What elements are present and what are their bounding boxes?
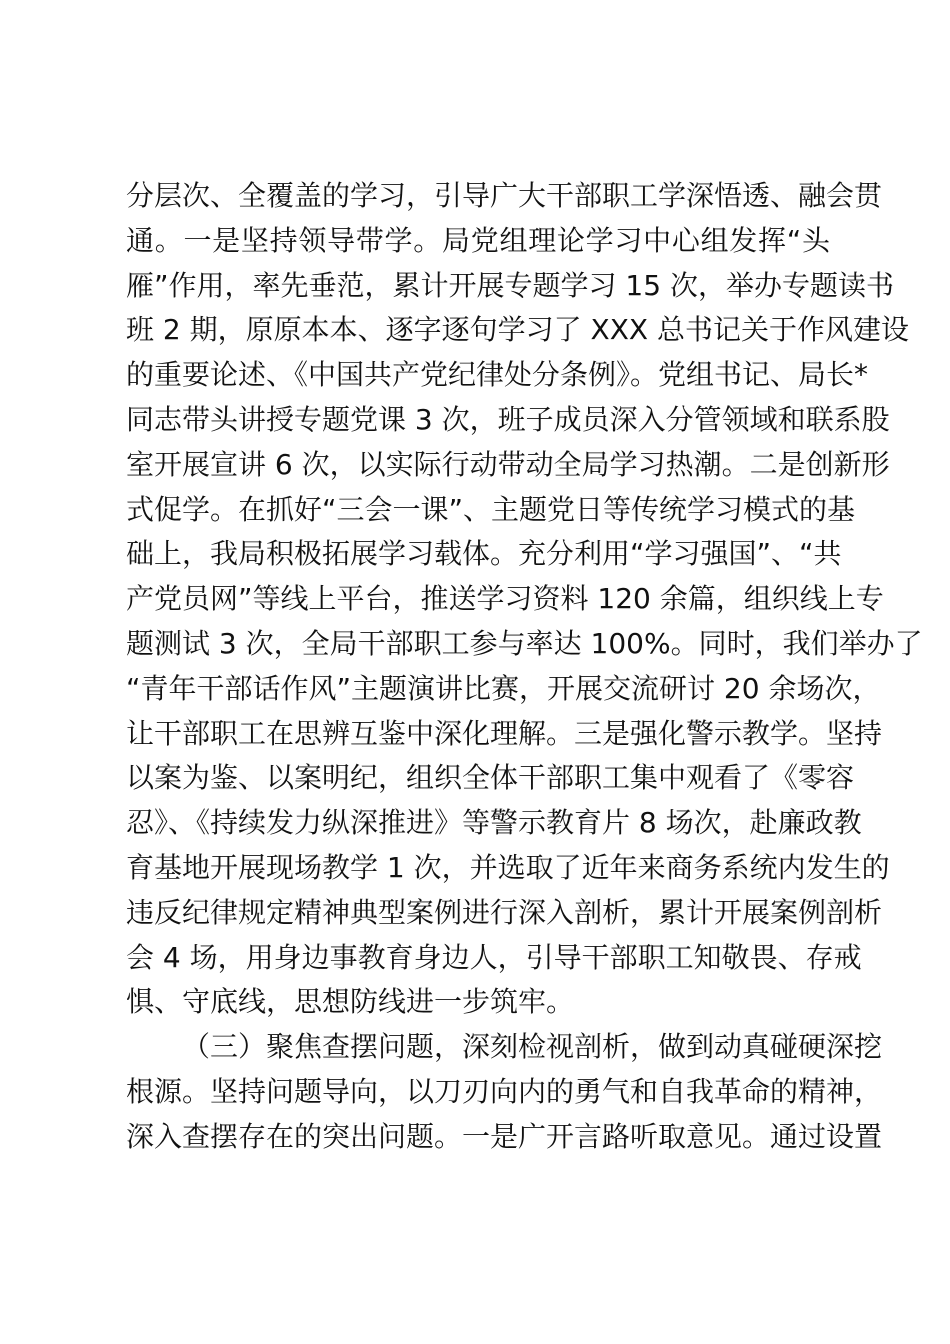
text-line: 通。一是坚持领导带学。局党组理论学习中心组发挥“头 bbox=[126, 219, 830, 264]
text-line: 雁”作用，率先垂范，累计开展专题学习 15 次，举办专题读书 bbox=[126, 264, 830, 309]
paragraph-study-activities: 分层次、全覆盖的学习，引导广大干部职工学深悟透、融会贯 通。一是坚持领导带学。局… bbox=[126, 174, 830, 1025]
text-line: 惧、守底线，思想防线进一步筑牢。 bbox=[126, 980, 830, 1025]
text-line: 础上，我局积极拓展学习载体。充分利用“学习强国”、“共 bbox=[126, 532, 830, 577]
text-line: 忍》、《持续发力纵深推进》等警示教育片 8 场次，赴廉政教 bbox=[126, 801, 830, 846]
text-line: 违反纪律规定精神典型案例进行深入剖析，累计开展案例剖析 bbox=[126, 891, 830, 936]
text-line: 会 4 场，用身边事教育身边人，引导干部职工知敬畏、存戒 bbox=[126, 936, 830, 981]
text-line: “青年干部话作风”主题演讲比赛，开展交流研讨 20 余场次， bbox=[126, 667, 830, 712]
document-body: 分层次、全覆盖的学习，引导广大干部职工学深悟透、融会贯 通。一是坚持领导带学。局… bbox=[126, 174, 830, 1160]
text-line: 题测试 3 次，全局干部职工参与率达 100%。同时，我们举办了 bbox=[126, 622, 830, 667]
section-heading-line: （三）聚焦查摆问题，深刻检视剖析，做到动真碰硬深挖 bbox=[126, 1025, 830, 1070]
text-line: 以案为鉴、以案明纪，组织全体干部职工集中观看了《零容 bbox=[126, 756, 830, 801]
text-line: 班 2 期，原原本本、逐字逐句学习了 XXX 总书记关于作风建设 bbox=[126, 308, 830, 353]
text-line: 室开展宣讲 6 次，以实际行动带动全局学习热潮。二是创新形 bbox=[126, 443, 830, 488]
paragraph-section-three: （三）聚焦查摆问题，深刻检视剖析，做到动真碰硬深挖 根源。坚持问题导向，以刀刃向… bbox=[126, 1025, 830, 1159]
text-line: 让干部职工在思辨互鉴中深化理解。三是强化警示教学。坚持 bbox=[126, 712, 830, 757]
text-line: 式促学。在抓好“三会一课”、主题党日等传统学习模式的基 bbox=[126, 488, 830, 533]
text-line: 同志带头讲授专题党课 3 次，班子成员深入分管领域和联系股 bbox=[126, 398, 830, 443]
text-line: 产党员网”等线上平台，推送学习资料 120 余篇，组织线上专 bbox=[126, 577, 830, 622]
text-line: 分层次、全覆盖的学习，引导广大干部职工学深悟透、融会贯 bbox=[126, 174, 830, 219]
text-line: 深入查摆存在的突出问题。一是广开言路听取意见。通过设置 bbox=[126, 1115, 830, 1160]
text-line: 根源。坚持问题导向，以刀刃向内的勇气和自我革命的精神， bbox=[126, 1070, 830, 1115]
document-page: 分层次、全覆盖的学习，引导广大干部职工学深悟透、融会贯 通。一是坚持领导带学。局… bbox=[0, 0, 950, 1344]
text-line: 的重要论述、《中国共产党纪律处分条例》。党组书记、局长* bbox=[126, 353, 830, 398]
text-line: 育基地开展现场教学 1 次，并选取了近年来商务系统内发生的 bbox=[126, 846, 830, 891]
